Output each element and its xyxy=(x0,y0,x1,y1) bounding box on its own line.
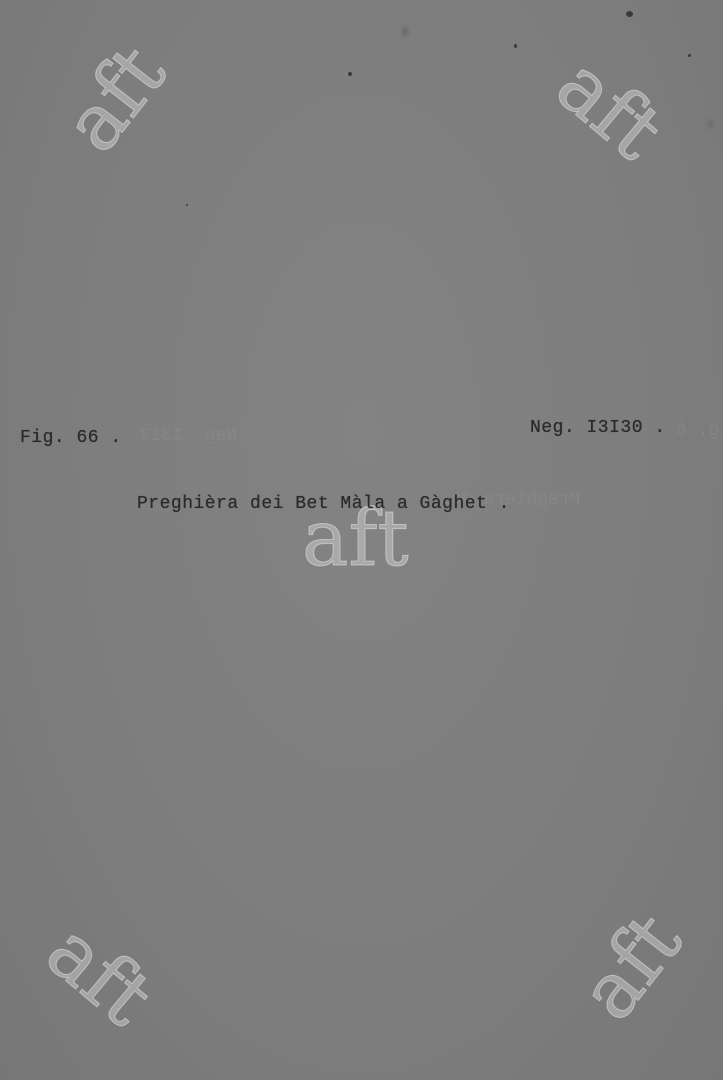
dust-speck xyxy=(688,54,691,57)
dust-speck xyxy=(186,204,188,206)
watermark-top-left: aft xyxy=(52,33,179,165)
watermark-top-right: aft xyxy=(543,45,675,173)
bleed-through-text: Neg. I313 xyxy=(140,426,237,446)
negative-label: Neg. I3I30 . xyxy=(530,418,666,438)
watermark-bottom-right: aft xyxy=(568,901,695,1033)
scanned-card: aft aft aft aft aft Neg. I313 Fig. 6 Pre… xyxy=(0,0,723,1080)
bleed-through-text: Fig. 6 xyxy=(676,421,723,441)
dust-speck xyxy=(514,44,517,48)
dust-blot xyxy=(402,26,408,37)
dust-speck xyxy=(626,11,633,17)
dust-blot xyxy=(708,120,714,128)
figure-label: Fig. 66 . xyxy=(20,428,122,448)
caption: Preghièra dei Bet Màla a Gàghet . xyxy=(137,494,510,514)
watermark-bottom-left: aft xyxy=(33,911,165,1039)
dust-speck xyxy=(348,72,352,76)
